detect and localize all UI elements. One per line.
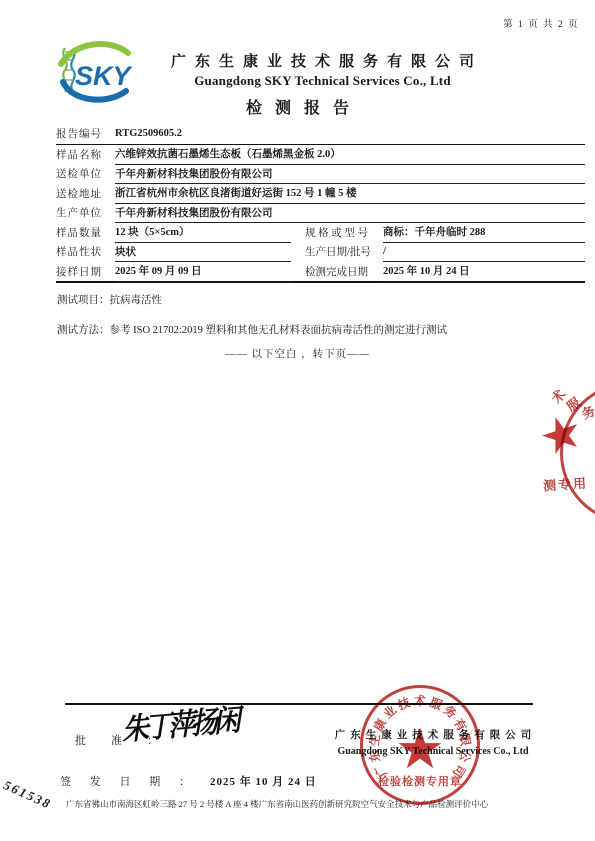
row-label: 样品名称 [56, 147, 115, 162]
header: 广东生康业技术服务有限公司 Guangdong SKY Technical Se… [80, 50, 565, 89]
row-value: 2025 年 10 月 24 日 [383, 261, 585, 282]
test-item-label: 测试项目： [57, 295, 110, 306]
company-name-en: Guangdong SKY Technical Services Co., Lt… [80, 73, 565, 89]
company-seal: 广东生康业技术服务有限公司 ★ 检验检测专用章 [360, 685, 480, 805]
seal-ring-char: 公 [458, 749, 472, 763]
footer-address: 广东省佛山市南海区虹岭三路 27 号 2 号楼 A 座 4 楼广东省南山医药创新… [66, 799, 536, 810]
seal-ring-char: 术 [414, 695, 426, 707]
test-method-value: 参考 ISO 21702:2019 塑料和其他无孔材料表面抗病毒活性的测定进行测… [110, 325, 447, 336]
row-value: 12 块（5×5cm） [115, 222, 291, 243]
row-label: 报告编号 [56, 126, 115, 141]
test-item-value: 抗病毒活性 [110, 295, 163, 306]
row-label: 生产日期/批号 [305, 244, 383, 259]
side-seal-caption: 测专用 [542, 472, 588, 494]
table-row: 样品数量 12 块（5×5cm） 规 格 或 型 号 商标：千年舟临时 288 [56, 223, 585, 243]
table-row: 接样日期 2025 年 09 月 09 日 检测完成日期 2025 年 10 月… [56, 262, 585, 282]
report-title: 检测报告 [0, 95, 595, 118]
row-label: 样品数量 [56, 225, 115, 240]
issue-date-line: 签 发 日 期 ：2025 年 10 月 24 日 [60, 773, 317, 789]
row-value: 商标：千年舟临时 288 [383, 222, 585, 243]
report-page: 第 1 页 共 2 页 SKY 广东生康业技术服务有限公司 Guangdong … [0, 0, 595, 841]
seal-ring-char: 限 [459, 733, 473, 747]
row-label: 送检地址 [56, 186, 115, 201]
issue-date-label: 签 发 日 期 ： [60, 776, 198, 788]
handwritten-number: 561538 [1, 777, 54, 812]
table-row: 生产单位 千年舟新材科技集团股份有限公司 [56, 203, 585, 223]
row-label: 检测完成日期 [305, 264, 383, 279]
seal-caption: 检验检测专用章 [360, 773, 480, 789]
row-value: 千年舟新材科技集团股份有限公司 [115, 164, 585, 185]
row-label: 规 格 或 型 号 [305, 225, 383, 240]
row-label: 生产单位 [56, 205, 115, 220]
row-value: 2025 年 09 月 09 日 [115, 261, 291, 282]
approver-signature: 朱丁萍扬闲 [122, 705, 241, 745]
table-row: 送检单位 千年舟新材科技集团股份有限公司 [56, 164, 585, 184]
table-row: 送检地址 浙江省杭州市余杭区良渚街道好运街 152 号 1 幢 5 楼 [56, 184, 585, 204]
row-label: 样品性状 [56, 244, 115, 259]
info-table: 报告编号 RTG2509605.2 样品名称 六维锌效抗菌石墨烯生态板（石墨烯黑… [56, 124, 585, 283]
row-value: 块状 [115, 242, 291, 263]
seal-ring-char: 生 [368, 733, 382, 747]
table-row: 样品性状 块状 生产日期/批号 / [56, 242, 585, 262]
issue-date-value: 2025 年 10 月 24 日 [210, 776, 317, 788]
test-method-label: 测试方法： [57, 325, 110, 336]
table-row: 样品名称 六维锌效抗菌石墨烯生态板（石墨烯黑金板 2.0） [56, 145, 585, 165]
table-row: 报告编号 RTG2509605.2 [56, 124, 585, 145]
row-value: 六维锌效抗菌石墨烯生态板（石墨烯黑金板 2.0） [115, 144, 585, 165]
row-label: 送检单位 [56, 166, 115, 181]
seal-star-icon: ★ [395, 722, 445, 778]
continuation-note: —— 以下空白 ，转下页—— [0, 346, 595, 361]
page-number: 第 1 页 共 2 页 [503, 16, 579, 30]
row-value: / [383, 242, 585, 263]
row-value: 浙江省杭州市余杭区良渚街道好运街 152 号 1 幢 5 楼 [115, 183, 585, 204]
row-value: 千年舟新材科技集团股份有限公司 [115, 203, 585, 224]
row-label: 接样日期 [56, 264, 115, 279]
test-item-line: 测试项目：抗病毒活性 [57, 292, 162, 307]
row-value: RTG2509605.2 [115, 124, 585, 144]
test-method-line: 测试方法：参考 ISO 21702:2019 塑料和其他无孔材料表面抗病毒活性的… [57, 322, 447, 337]
company-name-cn: 广东生康业技术服务有限公司 [80, 50, 565, 71]
